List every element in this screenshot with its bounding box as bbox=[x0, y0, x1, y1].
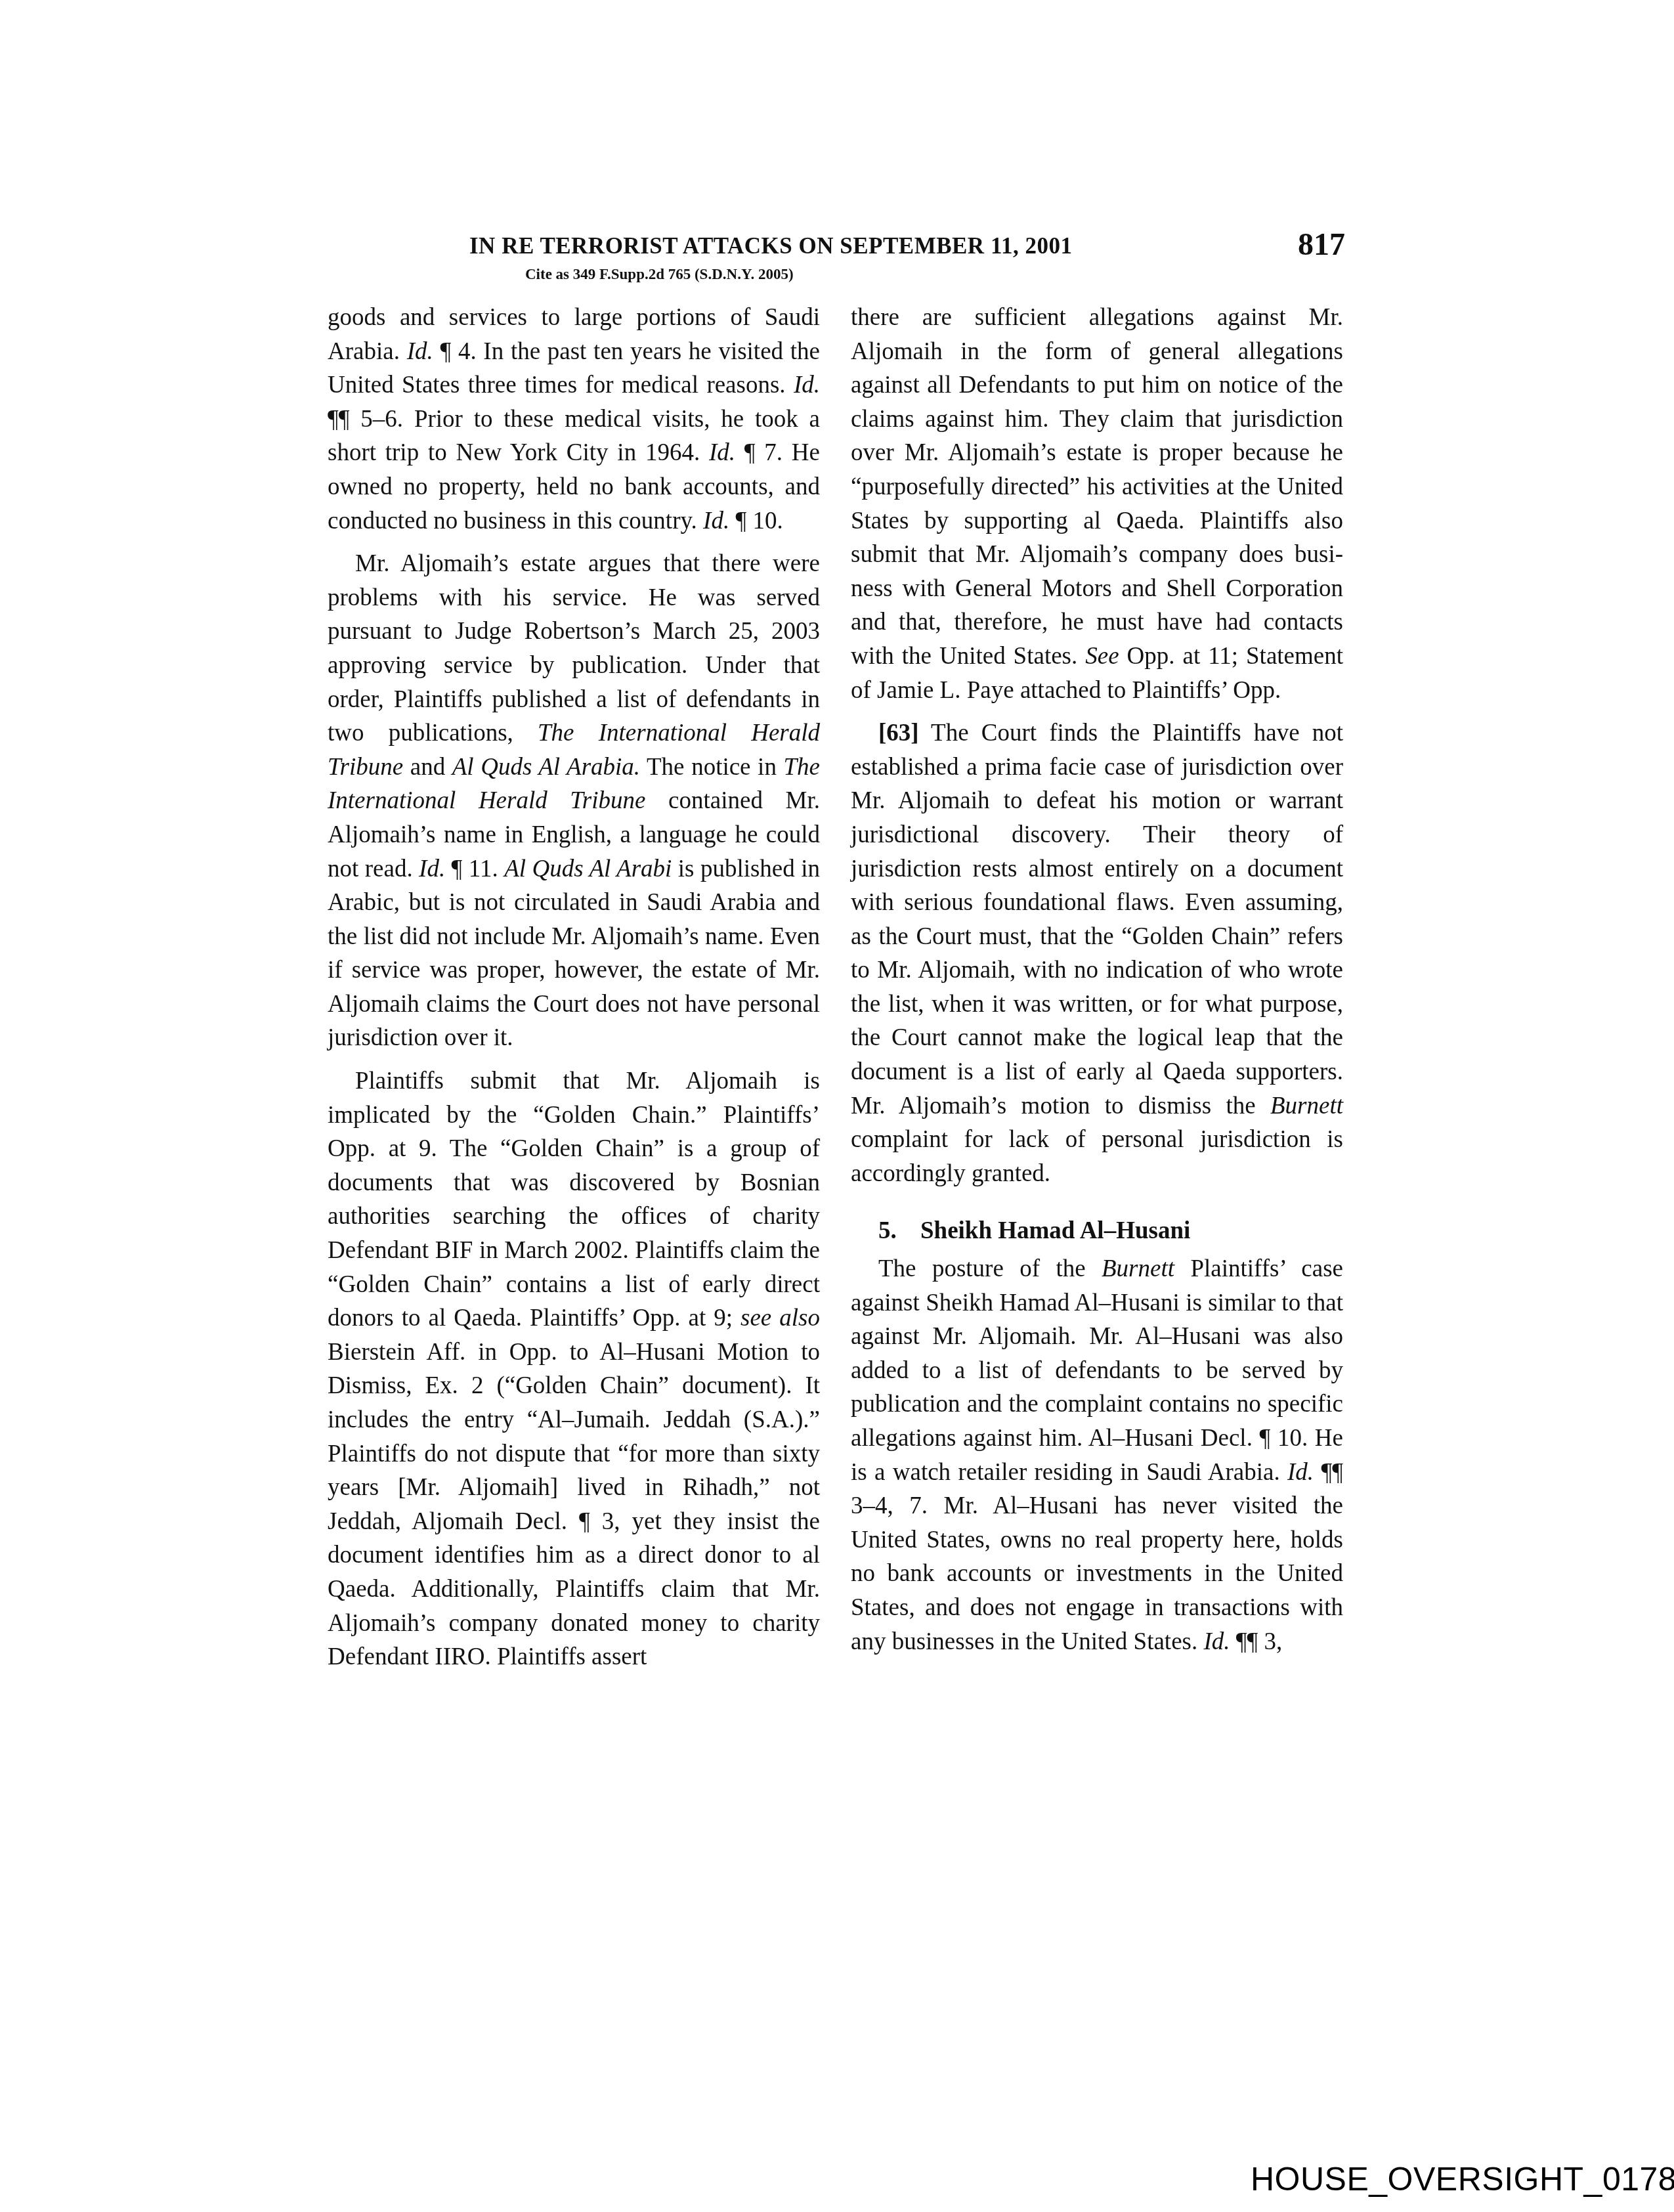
right-column: there are sufficient allegations against… bbox=[851, 301, 1343, 1659]
section-title: Sheikh Hamad Al–Husani bbox=[920, 1217, 1190, 1244]
paragraph: The posture of the Burnett Plaintiffs’ c… bbox=[851, 1252, 1343, 1659]
italic-text: Id. bbox=[419, 856, 445, 882]
text-run: Mr. Aljomaih’s estate argues that there … bbox=[328, 550, 820, 747]
text-run: Plaintiffs’ case against Sheikh Hamad Al… bbox=[851, 1255, 1343, 1486]
page-number: 817 bbox=[1298, 227, 1345, 263]
italic-text: Id. bbox=[407, 338, 433, 365]
paragraph: Plaintiffs submit that Mr. Aljomaih is i… bbox=[328, 1064, 820, 1674]
italic-text: Id. bbox=[1203, 1628, 1230, 1655]
paragraph: Mr. Aljomaih’s estate argues that there … bbox=[328, 547, 820, 1055]
italic-text: Id. bbox=[709, 439, 735, 466]
case-title: IN RE TERRORIST ATTACKS ON SEPTEMBER 11,… bbox=[469, 233, 1072, 259]
bates-number: HOUSE_OVERSIGHT_017882 bbox=[1251, 2160, 1674, 2198]
text-run: ¶ 10. bbox=[729, 508, 783, 534]
text-run: The Court finds the Plaintiffs have not … bbox=[851, 720, 1343, 1119]
text-run: and bbox=[403, 754, 452, 781]
italic-text: See bbox=[1085, 643, 1119, 670]
italic-text: Burnett bbox=[1102, 1255, 1174, 1282]
text-run: com­plaint for lack of personal jurisdic… bbox=[851, 1126, 1343, 1187]
right-column-paragraphs-after-heading: The posture of the Burnett Plaintiffs’ c… bbox=[851, 1252, 1343, 1659]
case-citation: Cite as 349 F.Supp.2d 765 (S.D.N.Y. 2005… bbox=[525, 266, 794, 283]
section-heading: 5.Sheikh Hamad Al–Husani bbox=[851, 1214, 1343, 1248]
left-column: goods and services to large portions of … bbox=[328, 301, 820, 1674]
text-run: The posture of the bbox=[878, 1255, 1102, 1282]
text-run: Plaintiffs submit that Mr. Aljomaih is i… bbox=[328, 1068, 820, 1332]
paragraph: [63] The Court finds the Plaintiffs have… bbox=[851, 716, 1343, 1190]
paragraph: there are sufficient allegations against… bbox=[851, 301, 1343, 707]
italic-text: Al Quds Al Arabi bbox=[504, 856, 672, 882]
text-run: ¶¶ 3–4, 7. Mr. Al–Husani has never visit… bbox=[851, 1459, 1343, 1655]
italic-text: Id. bbox=[703, 508, 729, 534]
italic-text: see also bbox=[740, 1305, 820, 1332]
text-run: The notice in bbox=[640, 754, 783, 781]
left-column-paragraphs: goods and services to large portions of … bbox=[328, 301, 820, 1674]
right-column-paragraphs-before-heading: there are sufficient allegations against… bbox=[851, 301, 1343, 1190]
headnote-number: [63] bbox=[878, 720, 919, 747]
running-header: IN RE TERRORIST ATTACKS ON SEPTEMBER 11,… bbox=[460, 227, 1352, 299]
section-number: 5. bbox=[878, 1214, 920, 1248]
text-run: there are sufficient allegations against… bbox=[851, 304, 1343, 670]
text-run: ¶¶ 3, bbox=[1230, 1628, 1283, 1655]
italic-text: Burnett bbox=[1270, 1093, 1343, 1119]
paragraph: goods and services to large portions of … bbox=[328, 301, 820, 538]
italic-text: Id. bbox=[794, 372, 820, 399]
text-run: ¶ 11. bbox=[445, 856, 504, 882]
text-run: is published in Arabic, but is not circu… bbox=[328, 856, 820, 1052]
text-run: Bi­erstein Aff. in Opp. to Al–Husani Mot… bbox=[328, 1339, 820, 1670]
italic-text: Al Quds Al Arabia. bbox=[452, 754, 640, 781]
italic-text: Id. bbox=[1287, 1459, 1314, 1486]
